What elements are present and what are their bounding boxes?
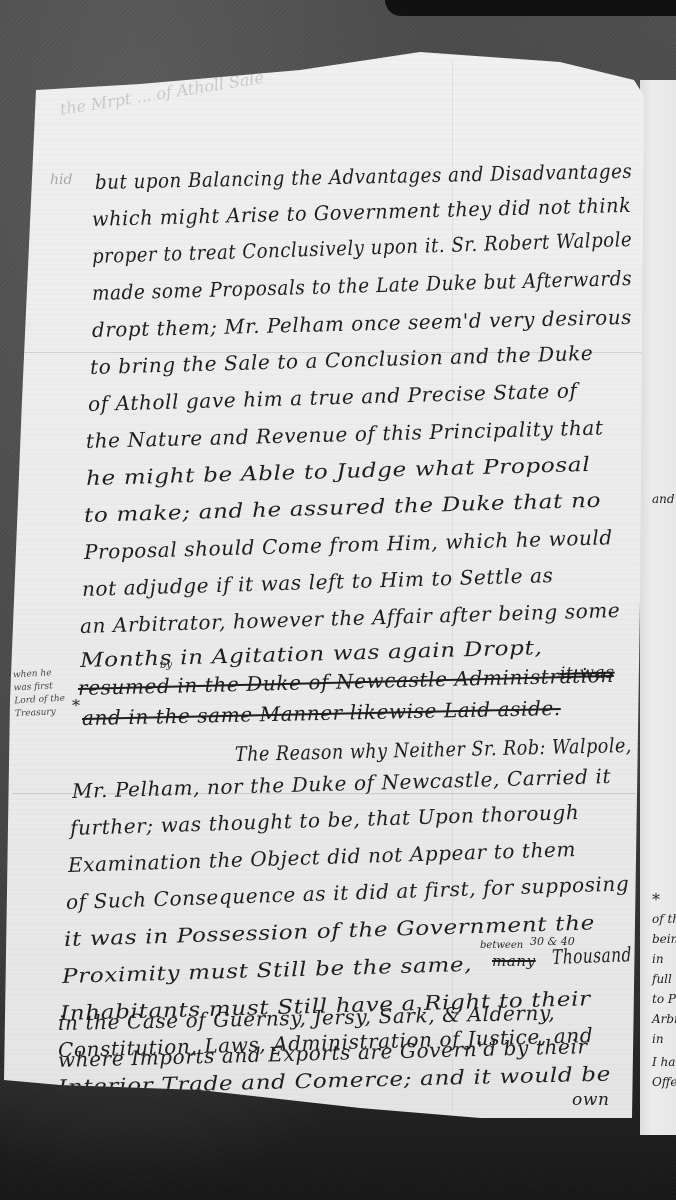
margin-mark: hid: [50, 172, 72, 188]
facing-page-fragment: bein: [652, 932, 676, 946]
struck-words: many: [492, 952, 536, 970]
facing-page-fragment: of th: [652, 912, 676, 926]
struck-words: it was: [560, 663, 615, 684]
text-line: Thousand: [552, 942, 633, 969]
catchword: own: [572, 1090, 610, 1110]
facing-page-fragment: in: [652, 952, 664, 966]
margin-note: when he was first Lord of the Treasury: [13, 667, 66, 722]
interlinear-insert: between: [480, 940, 523, 951]
facing-page-fragment: Offer: [652, 1075, 676, 1089]
interlinear-insert: by: [160, 660, 172, 671]
facing-page-fragment: I hav: [652, 1055, 676, 1069]
facing-page-fragment: and: [652, 492, 675, 506]
facing-page: and * of th bein in full to P Arbi in I …: [640, 80, 676, 1135]
facing-page-fragment: in: [652, 1032, 664, 1046]
facing-page-fragment: *: [652, 890, 660, 909]
insertion-marker: *: [72, 696, 81, 715]
facing-page-fragment: full: [652, 972, 672, 986]
dark-object-top-edge: [385, 0, 676, 16]
facing-page-fragment: to P: [652, 992, 676, 1006]
facing-page-fragment: Arbi: [652, 1012, 676, 1026]
